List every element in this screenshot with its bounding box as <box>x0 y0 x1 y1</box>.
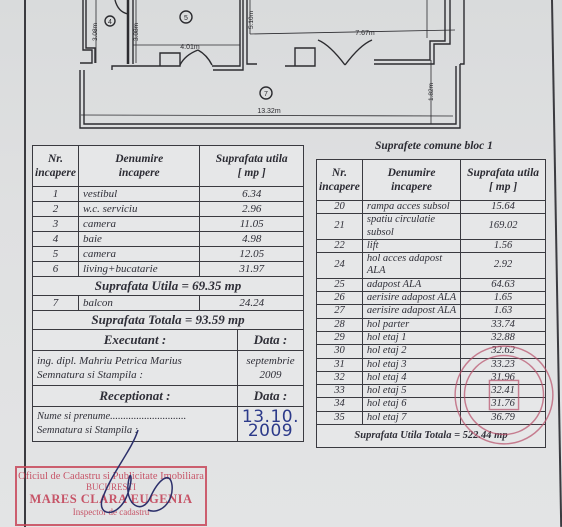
row-nr: 32 <box>317 371 363 384</box>
table-row: 30hol etaj 232.62 <box>317 345 546 358</box>
dim-room4-height: 3.08m <box>92 23 99 41</box>
row-area: 31.76 <box>461 398 546 411</box>
row-nr: 33 <box>317 385 363 398</box>
row-area: 169.02 <box>461 214 546 240</box>
table-row: 26aerisire adapost ALA1.65 <box>317 292 546 305</box>
row-name: lift <box>362 239 460 252</box>
table-row: 22lift1.56 <box>317 239 546 252</box>
row-nr: 1 <box>33 187 79 202</box>
row-name: hol etaj 2 <box>362 345 460 358</box>
table-row: 35hol etaj 736.79 <box>317 411 546 424</box>
row-nr: 27 <box>317 305 363 318</box>
row-name: camera <box>78 247 199 262</box>
row-nr: 20 <box>317 201 363 214</box>
row-nr: 22 <box>317 239 363 252</box>
row-name: camera <box>78 217 199 232</box>
row-nr: 30 <box>317 345 363 358</box>
row-name: rampa acces subsol <box>362 201 460 214</box>
dim-balcony-depth: 1.82m <box>428 83 435 101</box>
balcony-area: 24.24 <box>200 296 304 311</box>
stamp-office: Oficiul de Cadastru si Publicitate Imobi… <box>17 471 205 482</box>
table-row: 3camera11.05 <box>33 217 304 232</box>
executant-date: septembrie 2009 <box>237 351 303 386</box>
dim-room5-width: 4.01m <box>180 44 200 51</box>
dim-room6-width: 7.67m <box>355 30 375 37</box>
row-area: 33.23 <box>461 358 546 371</box>
row-area: 64.63 <box>461 278 546 291</box>
row-area: 32.41 <box>461 385 546 398</box>
table-header-row: Nr.incapere Denumireincapere Suprafata u… <box>317 160 546 201</box>
table-row: 4baie4.98 <box>33 232 304 247</box>
apartment-rooms-table: Nr.incapere Denumireincapere Suprafata u… <box>32 145 304 442</box>
table-row: 2w.c. serviciu2.96 <box>33 202 304 217</box>
received-signature-label: Semnatura si Stampila : <box>37 424 233 438</box>
useful-area-total: Suprafata Utila = 69.35 mp <box>33 277 304 296</box>
row-area: 4.98 <box>200 232 304 247</box>
table-row: 1vestibul6.34 <box>33 187 304 202</box>
header-area: Suprafata utila[ mp ] <box>200 146 304 187</box>
row-area: 1.63 <box>461 305 546 318</box>
row-area: 1.65 <box>461 292 546 305</box>
table-row: 27aerisire adapost ALA1.63 <box>317 305 546 318</box>
header-name: Denumireincapere <box>362 160 460 201</box>
row-nr: 28 <box>317 318 363 331</box>
row-area: 2.92 <box>461 253 546 279</box>
floor-plan-drawing: 4 5 7 3.08m 3.08m 4.01m 5.10m 7.67m 13.3… <box>0 0 562 130</box>
table-row: 24hol acces adapost ALA2.92 <box>317 253 546 279</box>
table-row: 34hol etaj 631.76 <box>317 398 546 411</box>
table-row: 32hol etaj 431.96 <box>317 371 546 384</box>
header-nr: Nr.incapere <box>33 146 79 187</box>
row-name: baie <box>78 232 199 247</box>
room-label-4: 4 <box>108 19 112 26</box>
executant-date-label: Data : <box>237 330 303 351</box>
row-name: spatiu circulatie subsol <box>362 214 460 240</box>
row-nr: 21 <box>317 214 363 240</box>
row-area: 31.97 <box>200 262 304 277</box>
receptionat-label: Receptionat : <box>33 386 238 407</box>
row-name: aerisire adapost ALA <box>362 292 460 305</box>
row-area: 33.74 <box>461 318 546 331</box>
row-area: 32.88 <box>461 331 546 344</box>
common-areas-table: Nr.incapere Denumireincapere Suprafata u… <box>316 159 546 448</box>
dim-balcony-width: 13.32m <box>257 108 281 115</box>
row-name: hol etaj 6 <box>362 398 460 411</box>
row-name: hol parter <box>362 318 460 331</box>
row-area: 15.64 <box>461 201 546 214</box>
common-areas-title: Suprafete comune bloc 1 <box>375 140 493 152</box>
executant-signature-label: Semnatura si Stampila : <box>37 368 233 382</box>
row-name: hol etaj 7 <box>362 411 460 424</box>
row-nr: 29 <box>317 331 363 344</box>
dim-room5-height: 3.08m <box>133 23 140 41</box>
row-nr: 4 <box>33 232 79 247</box>
row-name: adapost ALA <box>362 278 460 291</box>
row-name: living+bucatarie <box>78 262 199 277</box>
table-row: 5camera12.05 <box>33 247 304 262</box>
row-name: hol etaj 3 <box>362 358 460 371</box>
row-name: hol acces adapost ALA <box>362 253 460 279</box>
row-nr: 6 <box>33 262 79 277</box>
table-row: 6living+bucatarie31.97 <box>33 262 304 277</box>
row-name: vestibul <box>78 187 199 202</box>
row-nr: 2 <box>33 202 79 217</box>
row-name: aerisire adapost ALA <box>362 305 460 318</box>
row-area: 11.05 <box>200 217 304 232</box>
balcony-name: balcon <box>78 296 199 311</box>
row-nr: 3 <box>33 217 79 232</box>
common-areas-total: Suprafata Utila Totala = 522.44 mp <box>317 425 546 448</box>
row-nr: 5 <box>33 247 79 262</box>
row-name: hol etaj 5 <box>362 385 460 398</box>
row-area: 2.96 <box>200 202 304 217</box>
header-area: Suprafata utila[ mp ] <box>461 160 546 201</box>
floor-plan: 4 5 7 3.08m 3.08m 4.01m 5.10m 7.67m 13.3… <box>0 0 562 130</box>
row-area: 1.56 <box>461 239 546 252</box>
table-row: 21spatiu circulatie subsol169.02 <box>317 214 546 240</box>
row-name: hol etaj 4 <box>362 371 460 384</box>
received-date: 13.10. 2009 <box>237 407 303 442</box>
header-name: Denumireincapere <box>78 146 199 187</box>
executant-name: ing. dipl. Mahriu Petrica Marius <box>37 354 233 368</box>
stamp-name: MARES CLARA EUGENIA <box>17 492 205 507</box>
table-row: 28hol parter33.74 <box>317 318 546 331</box>
row-area: 6.34 <box>200 187 304 202</box>
row-area: 31.96 <box>461 371 546 384</box>
row-name: hol etaj 1 <box>362 331 460 344</box>
balcony-nr: 7 <box>33 296 79 311</box>
cadastre-stamp: Oficiul de Cadastru si Publicitate Imobi… <box>15 466 207 526</box>
header-nr: Nr.incapere <box>317 160 363 201</box>
table-header-row: Nr.incapere Denumireincapere Suprafata u… <box>33 146 304 187</box>
row-name: w.c. serviciu <box>78 202 199 217</box>
row-area: 36.79 <box>461 411 546 424</box>
row-area: 12.05 <box>200 247 304 262</box>
table-row: 29hol etaj 132.88 <box>317 331 546 344</box>
name-field: Nume si prenume.........................… <box>37 410 233 424</box>
table-row: 25adapost ALA64.63 <box>317 278 546 291</box>
row-nr: 25 <box>317 278 363 291</box>
row-area: 32.62 <box>461 345 546 358</box>
row-nr: 34 <box>317 398 363 411</box>
row-nr: 24 <box>317 253 363 279</box>
executant-label: Executant : <box>33 330 238 351</box>
row-nr: 26 <box>317 292 363 305</box>
row-nr: 35 <box>317 411 363 424</box>
room-label-7: 7 <box>264 91 268 98</box>
room-label-5: 5 <box>184 15 188 22</box>
table-row: 33hol etaj 532.41 <box>317 385 546 398</box>
table-row: 20rampa acces subsol15.64 <box>317 201 546 214</box>
grand-total: Suprafata Totala = 93.59 mp <box>33 311 304 330</box>
dim-room6-height: 5.10m <box>248 11 255 29</box>
table-row: 7balcon24.24 <box>33 296 304 311</box>
received-date-label: Data : <box>237 386 303 407</box>
stamp-city: BUCURESTI <box>17 482 205 492</box>
table-row: 31hol etaj 333.23 <box>317 358 546 371</box>
stamp-role: Inspector de cadastru <box>17 507 205 517</box>
row-nr: 31 <box>317 358 363 371</box>
